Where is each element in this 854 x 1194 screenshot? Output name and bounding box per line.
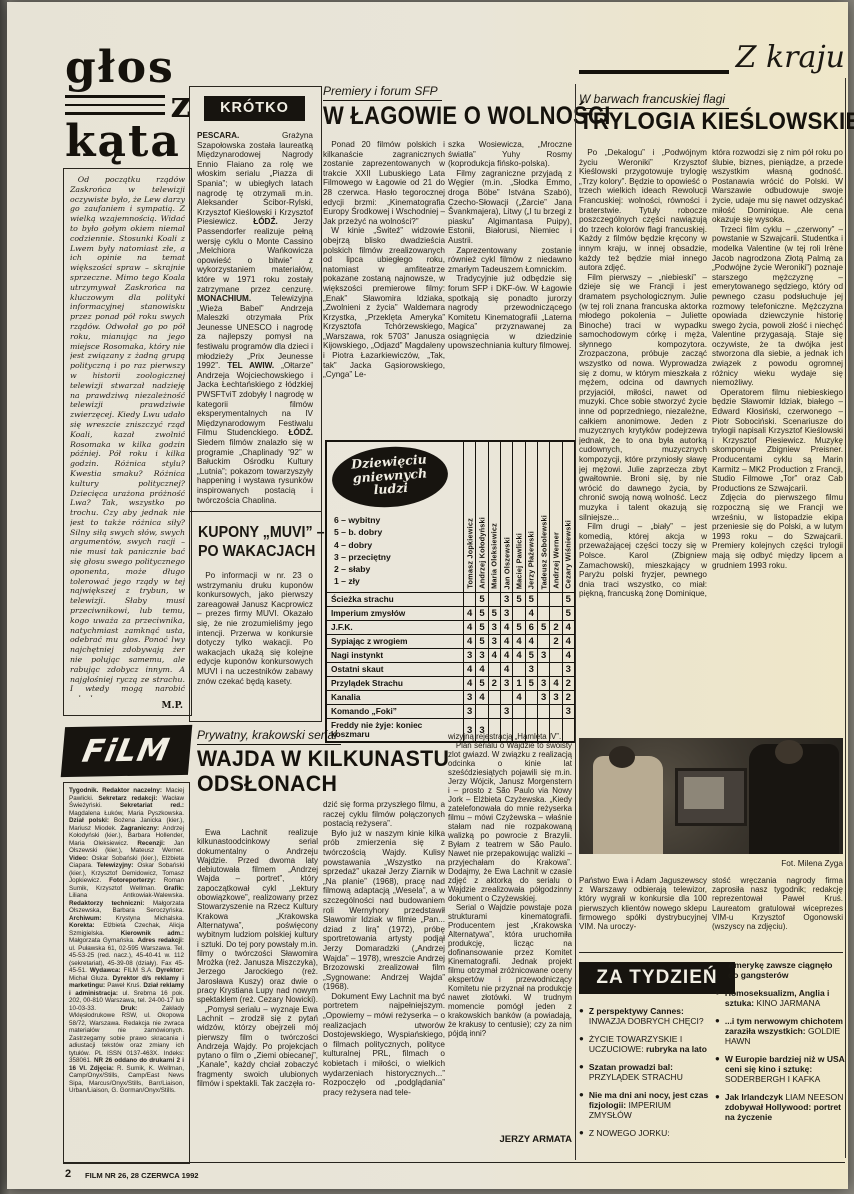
film-row-label: Nagi instynkt [327, 648, 463, 662]
text-segment: Kierownik adm.: [121, 930, 184, 937]
glos-logo-line2: kąta [65, 122, 191, 162]
bullet-icon: ● [579, 1128, 584, 1138]
score-cell: 3 [475, 648, 487, 662]
score-cell: 4 [512, 634, 524, 648]
text-segment: Amerykę zawsze ciągnęło do gangsterów [728, 960, 832, 980]
score-cell [463, 592, 475, 606]
page-number: 2 [65, 1168, 71, 1180]
film-row-label: Freddy nie żyje: koniec koszmaru [327, 718, 463, 741]
photo [579, 738, 843, 854]
glos-column-text: Od początku rządów Zaskrońca w telewizji… [70, 175, 185, 697]
film-row-label: Ścieżka strachu [327, 592, 463, 606]
text-segment: Redaktorzy techniczni: [69, 900, 153, 907]
text-segment: Video: [69, 855, 91, 862]
score-cell: 5 [537, 620, 549, 634]
text-segment: Druk: [121, 1005, 162, 1012]
masthead-box: Tygodnik. Redaktor naczelny: Maciej Pawl… [63, 782, 190, 1164]
score-cell: 4 [500, 662, 512, 676]
list-item-text: Nie ma dni ani nocy, jest czas fizjologi… [589, 1090, 711, 1120]
score-cell: 5 [475, 676, 487, 690]
score-cell: 5 [475, 620, 487, 634]
text-segment: PESCARA. [197, 131, 282, 140]
score-cell: 4 [463, 662, 475, 676]
text-segment: Sekretarz redakcji: [98, 795, 162, 802]
wajda-headline: WAJDA W KILKUNASTU ODSŁONACH [197, 746, 449, 796]
kupony-body: Po informacji w nr. 23 o wstrzymaniu dru… [197, 571, 313, 715]
divider [579, 952, 843, 953]
lagow-col1: Ponad 20 filmów polskich i kilkanaście z… [323, 140, 445, 438]
score-cell [549, 648, 561, 662]
score-cell: 4 [549, 676, 561, 690]
score-cell: 4 [500, 620, 512, 634]
text-segment: zdobywał Hollywood: portret na życzenie [725, 1102, 841, 1122]
table-legend: 6 – wybitny 5 – b. dobry 4 – dobry 3 – p… [334, 514, 391, 588]
list-item: ●Szatan prowadzi bal: PRZYLĄDEK STRACHU [579, 1062, 711, 1082]
bullet-icon: ● [715, 1054, 720, 1084]
score-cell [475, 704, 487, 718]
score-cell: 4 [475, 662, 487, 676]
critic-name: Maciej Pawlicki [514, 533, 523, 589]
critic-name: Jan Olszewski [502, 537, 511, 590]
text-segment: Zdjęcia: [90, 1065, 117, 1072]
score-cell: 4 [500, 634, 512, 648]
text-segment: LIAM NEESON [785, 1092, 843, 1102]
text-segment: Michał Gluza. [69, 975, 113, 982]
text-segment: ŁÓDŹ. [288, 428, 313, 437]
critic-column-header: Maria Oleksiewicz [488, 442, 500, 592]
critic-name: Cezary Wiśniewski [564, 520, 573, 589]
lagow-headline: W ŁAGOWIE O WOLNOŚCI [323, 102, 611, 131]
kupony-title: KUPONY „MUVI” – PO WAKACJACH [198, 523, 325, 561]
list-item-text: Z NOWEGO JORKU: [589, 1128, 670, 1138]
score-cell: 1 [512, 676, 524, 690]
trylogia-kicker: W barwach francuskiej flagi [579, 92, 729, 109]
score-cell: 2 [488, 676, 500, 690]
text-segment: Recenzji: [137, 840, 173, 847]
za-tydzien-col2: Amerykę zawsze ciągnęło do gangsterów ●H… [715, 960, 845, 1130]
glos-signature: M.P. [161, 701, 183, 711]
critic-column-header: Jan Olszewski [500, 442, 512, 592]
photo-head [609, 746, 635, 768]
score-cell: 4 [475, 690, 487, 704]
list-item: ●Z NOWEGO JORKU: [579, 1128, 711, 1138]
bullet-icon: ● [579, 1006, 584, 1026]
score-cell: 5 [488, 606, 500, 620]
film-row-label: Przylądek Strachu [327, 676, 463, 690]
text-segment: Tygodnik. Redaktor naczelny: [69, 787, 166, 794]
score-cell [488, 662, 500, 676]
text-segment: Telewizyjny: [97, 862, 138, 869]
score-cell: 3 [562, 662, 574, 676]
footer-rule [63, 1162, 845, 1163]
column-rule [575, 84, 576, 1160]
score-cell [537, 662, 549, 676]
score-cell [549, 662, 561, 676]
critic-column-header: Maciej Pawlicki [512, 442, 524, 592]
text-segment: Grażyna Szapołowska została laureatką Mi… [197, 131, 313, 226]
krotko-title: KRÓTKO [204, 96, 305, 121]
text-segment: Zagraniczny: [120, 825, 162, 832]
score-cell: 5 [475, 634, 487, 648]
text-segment: Szatan prowadzi bal: [589, 1062, 673, 1072]
bullet-icon: ● [715, 1092, 720, 1122]
film-row-label: Komando „Foki” [327, 704, 463, 718]
critic-name: Andrzej Kołodyński [477, 517, 486, 589]
critic-name: Jerzy Płażewski [527, 531, 536, 589]
text-segment: Jerzy Passendorfer realizuje pełną wersj… [197, 217, 313, 293]
text-segment: Dział polski: [69, 817, 114, 824]
text-segment: Jak Irlandczyk [725, 1092, 785, 1102]
wajda-signature: JERZY ARMATA [448, 1134, 572, 1145]
text-segment: Zakłady Wklęsłodrukowe RSW, ul. Okopowa … [69, 1005, 184, 1065]
za-tydzien-list-col1: ●Z perspektywy Cannes: INWAZJA DOBRYCH C… [579, 1006, 711, 1146]
film-row-label: Kanalia [327, 690, 463, 704]
text-segment: INWAZJA DOBRYCH CHĘCI? [589, 1016, 704, 1026]
score-cell: 5 [525, 648, 537, 662]
text-segment: Korekta: [69, 922, 103, 929]
glos-logo-line1: głos [65, 48, 191, 88]
film-row-label: Sypiając z wrogiem [327, 634, 463, 648]
score-cell: 3 [488, 634, 500, 648]
score-cell [488, 704, 500, 718]
score-cell: 4 [512, 690, 524, 704]
list-item-text: Szatan prowadzi bal: PRZYLĄDEK STRACHU [589, 1062, 711, 1082]
lagow-col2: szka Wosiewicza, „Mroczne światła” Yuhy … [448, 140, 572, 438]
critic-column-header: Tadeusz Sobolewski [537, 442, 549, 592]
text-segment: FILM S.A. [124, 967, 156, 974]
section-header: Z kraju [705, 40, 845, 75]
score-cell: 5 [512, 620, 524, 634]
table-header-corner: Dziewięciugniewnychludzi6 – wybitny 5 – … [327, 442, 463, 592]
score-cell [512, 606, 524, 620]
list-item: ●ŻYCIE TOWARZYSKIE I UCZUCIOWE: rubryka … [579, 1034, 711, 1054]
score-cell: 4 [562, 634, 574, 648]
page-edge-rule [845, 78, 846, 1158]
score-cell [537, 634, 549, 648]
footer-issue-line: FILM NR 26, 28 CZERWCA 1992 [85, 1171, 199, 1180]
score-cell: 3 [500, 606, 512, 620]
critic-column-header: Andrzej Werner [549, 442, 561, 592]
score-cell [488, 592, 500, 606]
bullet-icon: ● [579, 1034, 584, 1054]
text-segment: Wydawca: [90, 967, 124, 974]
text-segment: W Europie bardziej niż w USA ceni się ki… [725, 1054, 845, 1074]
score-cell: 3 [463, 704, 475, 718]
text-segment: PRZYLĄDEK STRACHU [589, 1072, 683, 1082]
score-cell [512, 704, 524, 718]
critic-column-header: Cezary Wiśniewski [562, 442, 574, 592]
critic-name: Tadeusz Sobolewski [539, 515, 548, 589]
score-cell: 2 [549, 620, 561, 634]
text-segment: SODERBERGH I KAFKA [725, 1074, 820, 1084]
score-cell: 5 [512, 592, 524, 606]
score-cell: 5 [525, 676, 537, 690]
critic-column-header: Tomasz Jopkiewicz [463, 442, 475, 592]
score-cell [537, 704, 549, 718]
score-cell: 2 [562, 676, 574, 690]
lagow-kicker: Premiery i forum SFP [323, 84, 442, 101]
score-cell: 5 [562, 606, 574, 620]
critic-column-header: Jerzy Płażewski [525, 442, 537, 592]
score-cell: 3 [562, 704, 574, 718]
photo-head2 [775, 740, 803, 764]
film-logo-text: FiLM [80, 732, 173, 770]
magazine-page: głos z kąta Od początku rządów Zaskrońca… [7, 2, 848, 1189]
score-cell [500, 690, 512, 704]
photo-tv-screen [684, 777, 724, 809]
score-cell [512, 662, 524, 676]
list-item: ●...i tym nerwowym chichotem zaraziła ws… [715, 1016, 845, 1046]
score-cell: 4 [562, 620, 574, 634]
film-row-label: Imperium zmysłów [327, 606, 463, 620]
score-cell [549, 704, 561, 718]
glos-z-kata-logo: głos z kąta [65, 48, 191, 162]
logo-bars-icon [65, 95, 165, 115]
score-cell: 6 [525, 620, 537, 634]
text-segment: Dyrektor: [156, 967, 184, 974]
critic-column-header: Andrzej Kołodyński [475, 442, 487, 592]
list-item: ●Nie ma dni ani nocy, jest czas fizjolog… [579, 1090, 711, 1120]
film-logo: FiLM [61, 725, 193, 777]
text-segment: Z NOWEGO JORKU: [589, 1128, 670, 1138]
text-segment: Liliana Antkowiak-Walewska. [69, 892, 184, 899]
list-item-text: Jak Irlandczyk LIAM NEESON zdobywał Holl… [725, 1092, 845, 1122]
list-item: ●Homoseksualizm, Anglia i sztuka: KINO J… [715, 988, 845, 1008]
krotko-body: PESCARA. Grażyna Szapołowska została lau… [197, 131, 313, 503]
trylogia-col1: Po „Dekalogu” i „Podwójnym życiu Weronik… [579, 148, 707, 734]
glos-column-box: Od początku rządów Zaskrońca w telewizji… [63, 168, 192, 716]
text-segment: Sekretariat red.: [120, 802, 184, 809]
photo-caption-col1: Państwo Ewa i Adam Jaguszewscy z Warszaw… [579, 876, 707, 952]
text-segment: Magdalena Łuków, Maria Pyszkowska. [69, 810, 184, 817]
score-cell [537, 606, 549, 620]
wajda-col1: Ewa Lachnit realizuje kilkunastoodcinkow… [197, 828, 318, 1186]
text-segment: Siedem filmów znalazło się w programie „… [197, 438, 313, 503]
score-cell: 3 [537, 648, 549, 662]
text-segment: ŁÓDŹ. [253, 217, 293, 226]
text-segment: Telewizyjna „Wieża Babel” Andrzeja Males… [197, 294, 313, 370]
text-segment: TEL AWIW. [227, 361, 281, 370]
list-item: ●Z perspektywy Cannes: INWAZJA DOBRYCH C… [579, 1006, 711, 1026]
bullet-icon: ● [579, 1090, 584, 1120]
score-cell: 4 [512, 648, 524, 662]
bullet-icon: ● [715, 1016, 720, 1046]
za-tydzien-title: ZA TYDZIEŃ [579, 962, 735, 994]
text-segment: Z perspektywy Cannes: [589, 1006, 684, 1016]
score-cell: 4 [562, 648, 574, 662]
score-cell: 3 [500, 592, 512, 606]
film-row-label: J.F.K. [327, 620, 463, 634]
text-segment: Paweł Kruś. [107, 982, 143, 989]
trylogia-col2: która rozwodzi się z nim pół roku po ślu… [712, 148, 843, 734]
photo-credit: Fot. Milena Zyga [705, 858, 843, 868]
critic-name: Tomasz Jopkiewicz [465, 518, 474, 589]
score-cell: 3 [525, 662, 537, 676]
score-cell: 3 [488, 620, 500, 634]
za-tydzien-list-col2: ●Homoseksualizm, Anglia i sztuka: KINO J… [715, 988, 845, 1122]
score-cell [549, 592, 561, 606]
text-segment: Fotoreporterzy: [109, 877, 164, 884]
score-cell: 5 [475, 592, 487, 606]
list-item-text: ...i tym nerwowym chichotem zaraziła wsz… [725, 1016, 845, 1046]
score-cell: 4 [463, 620, 475, 634]
score-cell: 3 [537, 690, 549, 704]
trylogia-headline: TRYLOGIA KIEŚLOWSKIEGO [579, 108, 854, 136]
list-item-text: ŻYCIE TOWARZYSKIE I UCZUCIOWE: rubryka n… [589, 1034, 711, 1054]
score-cell: 4 [463, 676, 475, 690]
score-cell: 3 [537, 676, 549, 690]
score-cell: 3 [500, 676, 512, 690]
score-cell: 4 [463, 606, 475, 620]
film-row-label: Ostatni skaut [327, 662, 463, 676]
divider [190, 511, 321, 512]
wajda-col2: dzić się forma przyszłego filmu, a racze… [323, 800, 445, 1186]
score-cell: 3 [463, 690, 475, 704]
text-segment: rubryka na lato [646, 1044, 707, 1054]
score-cell [549, 606, 561, 620]
list-item-text: Homoseksualizm, Anglia i sztuka: KINO JA… [725, 988, 845, 1008]
text-segment: Małgorzata Gymańska. [69, 937, 138, 944]
list-item: ●W Europie bardziej niż w USA ceni się k… [715, 1054, 845, 1084]
score-cell: 2 [549, 634, 561, 648]
masthead-text: Tygodnik. Redaktor naczelny: Maciej Pawl… [69, 787, 184, 1095]
table-title-oval: Dziewięciugniewnychludzi [330, 443, 450, 511]
score-cell: 4 [525, 634, 537, 648]
score-cell: 3 [463, 648, 475, 662]
list-item: ●Jak Irlandczyk LIAM NEESON zdobywał Hol… [715, 1092, 845, 1122]
text-segment: Adres redakcji: [138, 937, 185, 944]
score-cell: 4 [463, 634, 475, 648]
list-item-text: Z perspektywy Cannes: INWAZJA DOBRYCH CH… [589, 1006, 711, 1026]
score-cell: 3 [549, 690, 561, 704]
bullet-icon: ● [579, 1062, 584, 1082]
wajda-col3: wizyjną rejestracją „Hamleta IV”. Plan s… [448, 732, 572, 1130]
text-segment: Archiwum: [69, 915, 116, 922]
text-segment: „Ołtarze” Andrzeja Wojciechowskiego i Ja… [197, 361, 313, 437]
score-cell [488, 690, 500, 704]
score-cell [525, 704, 537, 718]
photo-caption-col2: stość wręczania nagrody firma zaprosiła … [712, 876, 843, 952]
score-cell: 2 [562, 690, 574, 704]
list-item-text: W Europie bardziej niż w USA ceni się ki… [725, 1054, 845, 1084]
za-tydzien-intro: Amerykę zawsze ciągnęło do gangsterów [728, 960, 845, 980]
text-segment: Grafik: [164, 885, 184, 892]
score-cell: 4 [525, 606, 537, 620]
score-cell [525, 690, 537, 704]
critic-name: Maria Oleksiewicz [490, 523, 499, 589]
ratings-table: Dziewięciugniewnychludzi6 – wybitny 5 – … [325, 440, 576, 743]
critic-name: Andrzej Werner [551, 532, 560, 589]
text-segment: KINO JARMANA [754, 998, 820, 1008]
photo-tv [675, 768, 747, 826]
bullet-icon: ● [715, 988, 720, 1008]
score-cell: 5 [562, 592, 574, 606]
score-cell: 3 [500, 704, 512, 718]
krotko-column-box: KRÓTKO PESCARA. Grażyna Szapołowska zost… [189, 86, 322, 722]
score-cell: 5 [475, 606, 487, 620]
text-segment: MONACHIUM. [197, 294, 271, 303]
score-cell: 4 [500, 648, 512, 662]
score-cell: 4 [488, 648, 500, 662]
text-segment: Krystyna Michalska. [116, 915, 184, 922]
photo-figure-light [593, 756, 663, 854]
score-cell [537, 592, 549, 606]
score-cell: 5 [525, 592, 537, 606]
wajda-kicker: Prywatny, krakowski serial [197, 728, 341, 745]
